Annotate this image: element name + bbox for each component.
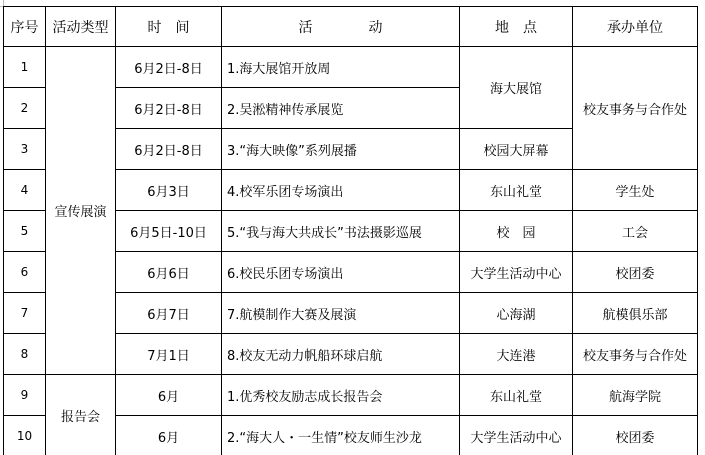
row-activity: 5.“我与海大共成长”书法摄影巡展 <box>222 211 460 252</box>
row-time: 6月2日-8日 <box>116 47 222 88</box>
row-activity: 4.校军乐团专场演出 <box>222 170 460 211</box>
row-index: 4 <box>4 170 46 211</box>
row-location: 心海湖 <box>460 293 573 334</box>
header-location: 地 点 <box>460 7 573 47</box>
row-organizer: 航海学院 <box>573 375 698 416</box>
row-index: 3 <box>4 129 46 170</box>
row-index: 7 <box>4 293 46 334</box>
group-type-cell: 报告会 <box>46 375 116 455</box>
row-organizer: 校友事务与合作处 <box>573 334 698 375</box>
row-location: 校园大屏幕 <box>460 129 573 170</box>
header-activity: 活 动 <box>222 7 460 47</box>
table-row: 1 宣传展演 6月2日-8日 1.海大展馆开放周 海大展馆 校友事务与合作处 <box>4 47 698 88</box>
row-activity: 2.“海大人・一生情”校友师生沙龙 <box>222 416 460 455</box>
row-time: 6月3日 <box>116 170 222 211</box>
events-table: 序号 活动类型 时 间 活 动 地 点 承办单位 1 宣传展演 6月2日-8日 … <box>3 6 698 455</box>
row-activity: 1.优秀校友励志成长报告会 <box>222 375 460 416</box>
header-type: 活动类型 <box>46 7 116 47</box>
row-activity: 2.吴淞精神传承展览 <box>222 88 460 129</box>
row-location: 大学生活动中心 <box>460 416 573 455</box>
row-index: 6 <box>4 252 46 293</box>
group-type-cell: 宣传展演 <box>46 47 116 375</box>
row-time: 6月2日-8日 <box>116 88 222 129</box>
row-organizer: 工会 <box>573 211 698 252</box>
row-activity: 1.海大展馆开放周 <box>222 47 460 88</box>
row-activity: 6.校民乐团专场演出 <box>222 252 460 293</box>
header-row: 序号 活动类型 时 间 活 动 地 点 承办单位 <box>4 7 698 47</box>
row-organizer: 校友事务与合作处 <box>573 47 698 170</box>
row-time: 6月2日-8日 <box>116 129 222 170</box>
row-activity: 3.“海大映像”系列展播 <box>222 129 460 170</box>
row-time: 7月1日 <box>116 334 222 375</box>
row-organizer: 校团委 <box>573 416 698 455</box>
row-index: 8 <box>4 334 46 375</box>
header-index: 序号 <box>4 7 46 47</box>
row-location: 东山礼堂 <box>460 375 573 416</box>
header-time: 时 间 <box>116 7 222 47</box>
row-time: 6月7日 <box>116 293 222 334</box>
row-time: 6月6日 <box>116 252 222 293</box>
table-row: 9 报告会 6月 1.优秀校友励志成长报告会 东山礼堂 航海学院 <box>4 375 698 416</box>
row-location: 校 园 <box>460 211 573 252</box>
row-time: 6月 <box>116 375 222 416</box>
row-location: 大学生活动中心 <box>460 252 573 293</box>
header-organizer: 承办单位 <box>573 7 698 47</box>
row-time: 6月5日-10日 <box>116 211 222 252</box>
row-location: 大连港 <box>460 334 573 375</box>
row-index: 1 <box>4 47 46 88</box>
row-index: 9 <box>4 375 46 416</box>
row-organizer: 校团委 <box>573 252 698 293</box>
document-page: 序号 活动类型 时 间 活 动 地 点 承办单位 1 宣传展演 6月2日-8日 … <box>3 6 698 455</box>
row-activity: 7.航模制作大赛及展演 <box>222 293 460 334</box>
row-time: 6月 <box>116 416 222 455</box>
row-organizer: 学生处 <box>573 170 698 211</box>
row-location: 东山礼堂 <box>460 170 573 211</box>
row-organizer: 航模俱乐部 <box>573 293 698 334</box>
row-location: 海大展馆 <box>460 47 573 129</box>
row-index: 10 <box>4 416 46 455</box>
row-index: 2 <box>4 88 46 129</box>
row-index: 5 <box>4 211 46 252</box>
row-activity: 8.校友无动力帆船环球启航 <box>222 334 460 375</box>
